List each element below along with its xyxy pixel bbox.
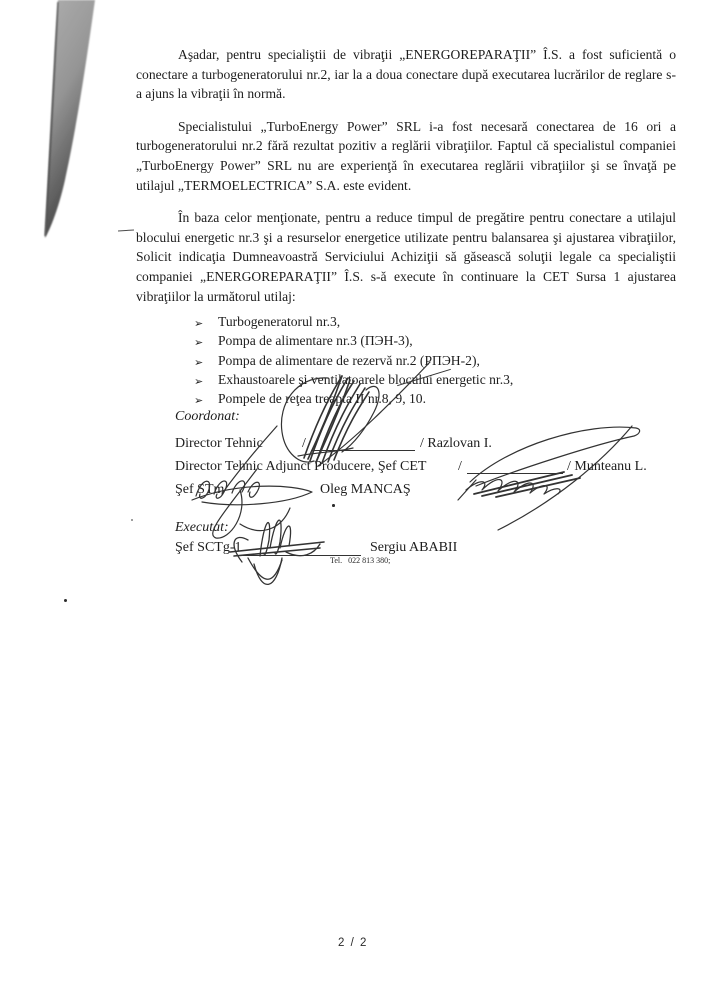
- list-item: ➢ Pompa de alimentare de rezervă nr.2 (Р…: [194, 351, 676, 370]
- signature-row-director-adjunct: Director Tehnic Adjunct Producere, Şef C…: [175, 459, 695, 477]
- scan-artifact-streak: [38, 0, 113, 242]
- slash-mark: /: [458, 459, 462, 475]
- phone-number: Tel. 022 813 380;: [330, 556, 390, 565]
- signature-row-sef-stm: Şef STm Oleg MANCAŞ: [175, 482, 695, 500]
- letter-body: Aşadar, pentru specialiştii de vibraţii …: [136, 45, 676, 408]
- list-item-text: Pompa de alimentare de rezervă nr.2 (РПЭ…: [218, 353, 480, 368]
- list-item: ➢ Pompele de reţea treapta II nr.8, 9, 1…: [194, 389, 676, 408]
- scan-speck: [332, 504, 335, 507]
- signer-name: Oleg MANCAŞ: [320, 482, 411, 498]
- paragraph-3: În baza celor menţionate, pentru a reduc…: [136, 208, 676, 306]
- list-item: ➢ Pompa de alimentare nr.3 (ПЭН-3),: [194, 331, 676, 350]
- signer-name: / Razlovan I.: [420, 436, 492, 452]
- signature-line: [243, 541, 361, 556]
- scan-mark-dash: [118, 229, 134, 231]
- signature-row-sef-sctg: Şef SCTg-1 Sergiu ABABII: [175, 540, 695, 558]
- coordonat-label: Coordonat:: [175, 409, 240, 425]
- signature-line: [467, 459, 563, 474]
- executat-label: Executat:: [175, 520, 229, 536]
- slash-mark: /: [302, 436, 306, 452]
- signer-title: Director Tehnic Adjunct Producere, Şef C…: [175, 459, 426, 475]
- list-item: ➢ Turbogeneratorul nr.3,: [194, 312, 676, 331]
- signer-title: Director Tehnic: [175, 436, 263, 452]
- list-item-text: Turbogeneratorul nr.3,: [218, 314, 340, 329]
- equipment-bullet-list: ➢ Turbogeneratorul nr.3, ➢ Pompa de alim…: [136, 312, 676, 408]
- list-item-text: Exhaustoarele şi ventilatoarele blocului…: [218, 372, 513, 387]
- scan-speck: [131, 519, 133, 521]
- paragraph-2: Specialistului „TurboEnergy Power” SRL i…: [136, 117, 676, 195]
- arrow-bullet-icon: ➢: [194, 391, 203, 410]
- list-item-text: Pompele de reţea treapta II nr.8, 9, 10.: [218, 391, 426, 406]
- signer-title: Şef SCTg-1: [175, 540, 242, 556]
- signer-name: Sergiu ABABII: [370, 540, 457, 556]
- signer-title: Şef STm: [175, 482, 224, 498]
- paragraph-1: Aşadar, pentru specialiştii de vibraţii …: [136, 45, 676, 104]
- page-number: 2 / 2: [0, 937, 706, 949]
- scan-speck: [64, 599, 67, 602]
- list-item-text: Pompa de alimentare nr.3 (ПЭН-3),: [218, 333, 413, 348]
- scanned-document-page: Aşadar, pentru specialiştii de vibraţii …: [0, 0, 706, 1000]
- signature-line: [311, 436, 415, 451]
- signer-name: / Munteanu L.: [567, 459, 647, 475]
- signature-row-director-tehnic: Director Tehnic / / Razlovan I.: [175, 436, 695, 454]
